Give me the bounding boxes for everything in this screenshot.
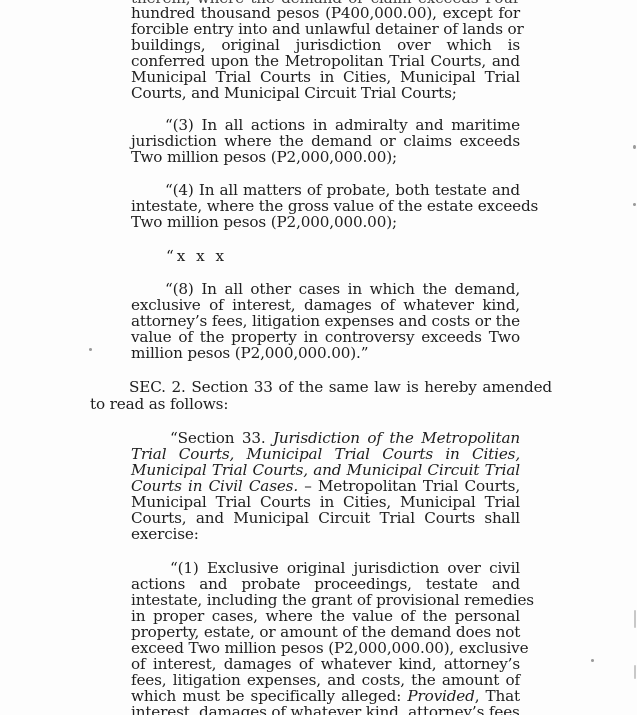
text-line: exceed Two million pesos (P2,000,000.00)… (131, 640, 520, 656)
scan-speck (633, 203, 636, 206)
text-line: Municipal Trial Courts, and Municipal Ci… (131, 462, 520, 478)
text-line: Courts in Civil Cases. – Metropolitan Tr… (131, 478, 520, 494)
text-line: million pesos (P2,000,000.00).” (131, 345, 368, 361)
text-line: SEC. 2. Section 33 of the same law is he… (129, 379, 552, 395)
scan-speck (89, 348, 92, 351)
text-line: of interest, damages of whatever kind, a… (131, 656, 520, 672)
text-line: hundred thousand pesos (P400,000.00), ex… (131, 5, 520, 21)
text-line: “(4) In all matters of probate, both tes… (165, 182, 520, 198)
text-line: property, estate, or amount of the deman… (131, 624, 520, 640)
text-line: Municipal Trial Courts in Cities, Munici… (131, 69, 520, 85)
text-line: to read as follows: (90, 396, 228, 412)
text-line: intestate, where the gross value of the … (131, 198, 520, 214)
text-line: exclusive of interest, damages of whatev… (131, 297, 520, 313)
text-line: Two million pesos (P2,000,000.00); (131, 214, 397, 230)
text-line: Courts, and Municipal Circuit Trial Cour… (131, 85, 457, 101)
scan-speck (634, 610, 636, 628)
text-line: Courts, and Municipal Circuit Trial Cour… (131, 510, 520, 526)
text-line: “Section 33. Jurisdiction of the Metropo… (170, 430, 520, 446)
text-line: Trial Courts, Municipal Trial Courts in … (131, 446, 520, 462)
text-line: Two million pesos (P2,000,000.00); (131, 149, 397, 165)
scanned-document-page: therein, where the demand or claim excee… (0, 0, 637, 715)
text-line: which must be specifically alleged: Prov… (131, 688, 520, 704)
text-line: actions and probate proceedings, testate… (131, 576, 520, 592)
scan-speck (591, 659, 594, 662)
text-line: Municipal Trial Courts in Cities, Munici… (131, 494, 520, 510)
text-line: jurisdiction where the demand or claims … (131, 133, 520, 149)
text-line: “(1) Exclusive original jurisdiction ove… (170, 560, 520, 576)
text-line: exercise: (131, 526, 199, 542)
cut-off-line-bottom: interest, damages of whatever kind, atto… (131, 704, 520, 715)
text-line: conferred upon the Metropolitan Trial Co… (131, 53, 520, 69)
text-line: value of the property in controversy exc… (131, 329, 520, 345)
text-line: forcible entry into and unlawful detaine… (131, 21, 520, 37)
text-line: in proper cases, where the value of the … (131, 608, 520, 624)
scan-speck (633, 145, 636, 149)
text-line: “(8) In all other cases in which the dem… (165, 281, 520, 297)
text-line: “(3) In all actions in admiralty and mar… (165, 117, 520, 133)
text-line: attorney’s fees, litigation expenses and… (131, 313, 520, 329)
text-line: buildings, original jurisdiction over wh… (131, 37, 520, 53)
text-line: fees, litigation expenses, and costs, th… (131, 672, 520, 688)
scan-speck (634, 665, 636, 679)
text-line: “x x x (166, 248, 227, 264)
text-line: intestate, including the grant of provis… (131, 592, 520, 608)
